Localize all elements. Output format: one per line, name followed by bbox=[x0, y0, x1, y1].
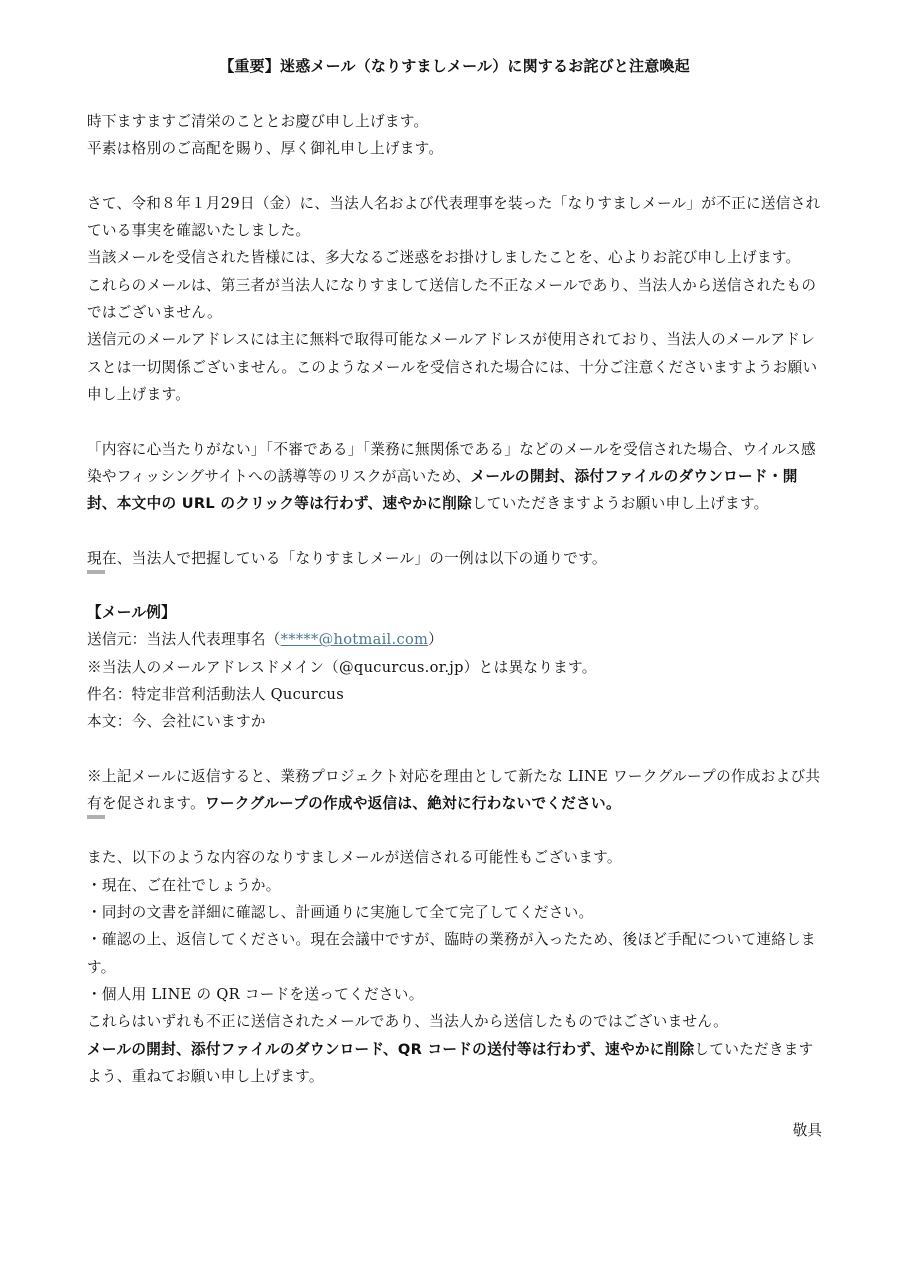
greeting-line-2: 平素は格別のご高配を賜り、厚く御礼申し上げます。 bbox=[87, 135, 822, 162]
incident-paragraph-3: これらのメールは、第三者が当法人になりすまして送信した不正なメールであり、当法人… bbox=[87, 272, 822, 327]
reply-warning: ※上記メールに返信すると、業務プロジェクト対応を理由として新たな LINE ワー… bbox=[87, 763, 822, 818]
greeting-line-1: 時下ますますご清栄のこととお慶び申し上げます。 bbox=[87, 108, 822, 135]
sender-close: ） bbox=[428, 631, 443, 648]
spacer bbox=[87, 408, 822, 435]
incident-paragraph-2: 当該メールを受信された皆様には、多大なるご迷惑をお掛けしましたことを、心よりお詫… bbox=[87, 244, 822, 271]
other-example-item: ・同封の文書を詳細に確認し、計画通りに実施して全て完了してください。 bbox=[87, 899, 822, 926]
other-example-item: ・現在、ご在社でしょうか。 bbox=[87, 872, 822, 899]
spacer bbox=[87, 736, 822, 763]
other-examples-note: これらはいずれも不正に送信されたメールであり、当法人から送信したものではございま… bbox=[87, 1008, 822, 1035]
sender-label: 送信元：当法人代表理事名（ bbox=[87, 631, 281, 648]
incident-paragraph-1: さて、令和８年１月29日（金）に、当法人名および代表理事を装った「なりすましメー… bbox=[87, 190, 822, 245]
example-heading: 【メール例】 bbox=[87, 599, 822, 626]
spacer bbox=[87, 163, 822, 190]
warning-suffix: していただきますようお願い申し上げます。 bbox=[472, 495, 769, 512]
warning-paragraph: 「内容に心当たりがない」「不審である」「業務に無関係である」などのメールを受信さ… bbox=[87, 436, 822, 518]
incident-paragraph-4: 送信元のメールアドレスには主に無料で取得可能なメールアドレスが使用されており、当… bbox=[87, 326, 822, 408]
other-example-item: ・個人用 LINE の QR コードを送ってください。 bbox=[87, 981, 822, 1008]
final-request-emphasis: メールの開封、添付ファイルのダウンロード、QR コードの送付等は行わず、速やかに… bbox=[87, 1041, 694, 1058]
spacer bbox=[87, 819, 822, 844]
other-example-item: ・確認の上、返信してください。現在会議中ですが、臨時の業務が入ったため、後ほど手… bbox=[87, 926, 822, 981]
closing-remark: 敬具 bbox=[87, 1117, 822, 1144]
example-intro: 現在、当法人で把握している「なりすましメール」の一例は以下の通りです。 bbox=[87, 545, 822, 572]
example-sender: 送信元：当法人代表理事名（*****@hotmail.com） bbox=[87, 626, 822, 653]
reply-warning-emphasis: ワークグループの作成や返信は、絶対に行わないでください。 bbox=[205, 795, 621, 812]
sender-email-link[interactable]: *****@hotmail.com bbox=[281, 631, 429, 648]
example-domain-note: ※当法人のメールアドレスドメイン（@qucurcus.or.jp）とは異なります… bbox=[87, 654, 822, 681]
other-examples-intro: また、以下のような内容のなりすましメールが送信される可能性もございます。 bbox=[87, 844, 822, 871]
spacer bbox=[87, 574, 822, 599]
final-request: メールの開封、添付ファイルのダウンロード、QR コードの送付等は行わず、速やかに… bbox=[87, 1036, 822, 1091]
notice-document: 【重要】迷惑メール（なりすましメール）に関するお詫びと注意喚起 時下ますますご清… bbox=[87, 54, 822, 1145]
page-title: 【重要】迷惑メール（なりすましメール）に関するお詫びと注意喚起 bbox=[87, 54, 822, 78]
example-subject: 件名：特定非営利活動法人 Qucurcus bbox=[87, 681, 822, 708]
example-body: 本文：今、会社にいますか bbox=[87, 708, 822, 735]
spacer bbox=[87, 517, 822, 544]
